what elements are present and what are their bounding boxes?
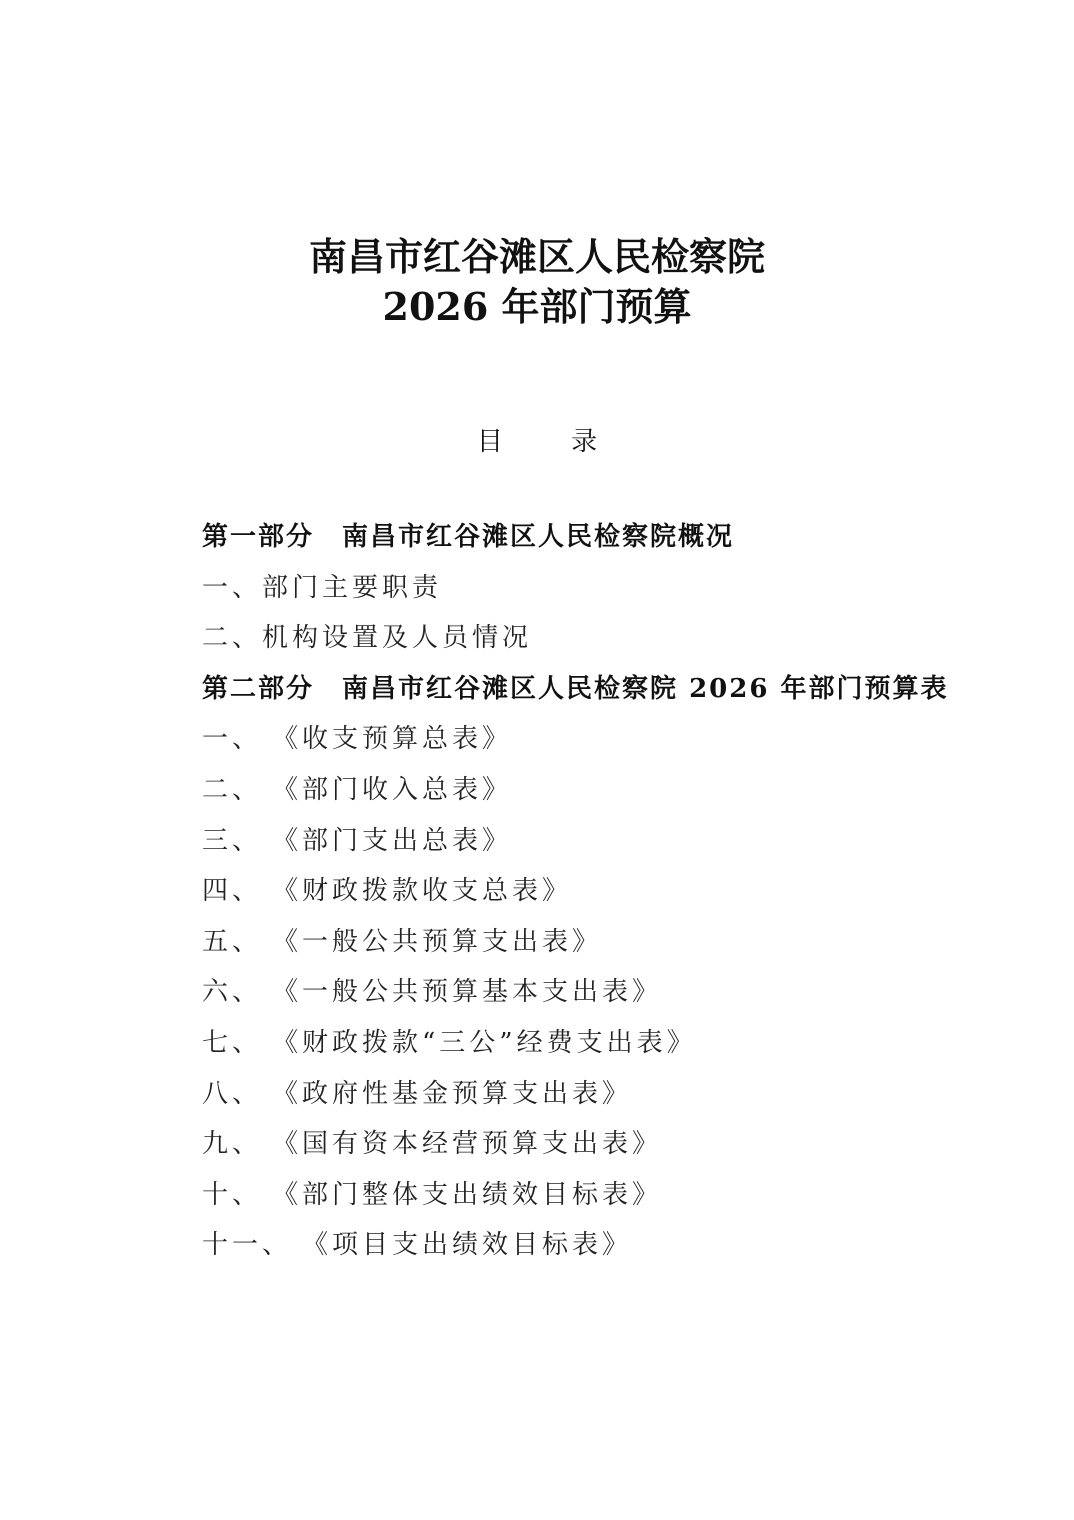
toc-item-table-2[interactable]: 二、《部门收入总表》 — [202, 765, 962, 816]
toc-number: 七、 — [202, 1018, 262, 1069]
toc-text: 《国有资本经营预算支出表》 — [272, 1129, 662, 1159]
toc-text: 《部门整体支出绩效目标表》 — [272, 1180, 662, 1210]
toc-heading: 目 录 — [0, 422, 1074, 462]
toc-item-organization-staffing[interactable]: 二、机构设置及人员情况 — [202, 613, 962, 664]
toc-text: 《财政拨款“三公”经费支出表》 — [272, 1028, 697, 1058]
toc-part-2[interactable]: 第二部分南昌市红谷滩区人民检察院 2026 年部门预算表 — [202, 664, 962, 715]
toc-number: 二、 — [202, 613, 262, 664]
document-title: 南昌市红谷滩区人民检察院 2026 年部门预算 — [0, 232, 1074, 332]
toc-text: 《部门支出总表》 — [272, 826, 512, 856]
toc-number: 十、 — [202, 1170, 262, 1221]
toc-text: 机构设置及人员情况 — [262, 623, 532, 653]
toc-item-table-6[interactable]: 六、《一般公共预算基本支出表》 — [202, 967, 962, 1018]
toc-text: 《财政拨款收支总表》 — [272, 876, 572, 906]
toc-number: 九、 — [202, 1119, 262, 1170]
toc-text: 《收支预算总表》 — [272, 724, 512, 754]
toc-number: 第二部分 — [202, 664, 314, 715]
toc-item-table-4[interactable]: 四、《财政拨款收支总表》 — [202, 866, 962, 917]
toc-item-table-11[interactable]: 十一、《项目支出绩效目标表》 — [202, 1220, 962, 1271]
toc-text: 《部门收入总表》 — [272, 775, 512, 805]
toc-text: 《政府性基金预算支出表》 — [272, 1079, 632, 1109]
toc-number: 第一部分 — [202, 512, 314, 563]
toc-number: 三、 — [202, 816, 262, 867]
toc-number: 八、 — [202, 1069, 262, 1120]
toc-item-table-3[interactable]: 三、《部门支出总表》 — [202, 816, 962, 867]
toc-text: 《项目支出绩效目标表》 — [302, 1230, 632, 1260]
toc-part-1[interactable]: 第一部分南昌市红谷滩区人民检察院概况 — [202, 512, 962, 563]
toc-number: 二、 — [202, 765, 262, 816]
toc-item-table-5[interactable]: 五、《一般公共预算支出表》 — [202, 917, 962, 968]
toc-text: 《一般公共预算基本支出表》 — [272, 977, 662, 1007]
toc-item-table-8[interactable]: 八、《政府性基金预算支出表》 — [202, 1069, 962, 1120]
toc-text: 部门主要职责 — [262, 573, 442, 603]
toc-text: 《一般公共预算支出表》 — [272, 927, 602, 957]
toc-item-table-10[interactable]: 十、《部门整体支出绩效目标表》 — [202, 1170, 962, 1221]
title-line-organization: 南昌市红谷滩区人民检察院 — [0, 232, 1074, 282]
toc-text: 南昌市红谷滩区人民检察院概况 — [342, 522, 734, 552]
toc-number: 一、 — [202, 714, 262, 765]
toc-item-table-1[interactable]: 一、《收支预算总表》 — [202, 714, 962, 765]
toc-number: 一、 — [202, 563, 262, 614]
table-of-contents: 第一部分南昌市红谷滩区人民检察院概况 一、部门主要职责 二、机构设置及人员情况 … — [202, 512, 962, 1271]
toc-number: 五、 — [202, 917, 262, 968]
toc-item-table-9[interactable]: 九、《国有资本经营预算支出表》 — [202, 1119, 962, 1170]
toc-item-table-7[interactable]: 七、《财政拨款“三公”经费支出表》 — [202, 1018, 962, 1069]
title-line-budget-year: 2026 年部门预算 — [0, 282, 1074, 332]
toc-text: 南昌市红谷滩区人民检察院 2026 年部门预算表 — [342, 674, 948, 704]
toc-number: 四、 — [202, 866, 262, 917]
toc-number: 六、 — [202, 967, 262, 1018]
toc-item-main-duties[interactable]: 一、部门主要职责 — [202, 563, 962, 614]
toc-number: 十一、 — [202, 1220, 292, 1271]
